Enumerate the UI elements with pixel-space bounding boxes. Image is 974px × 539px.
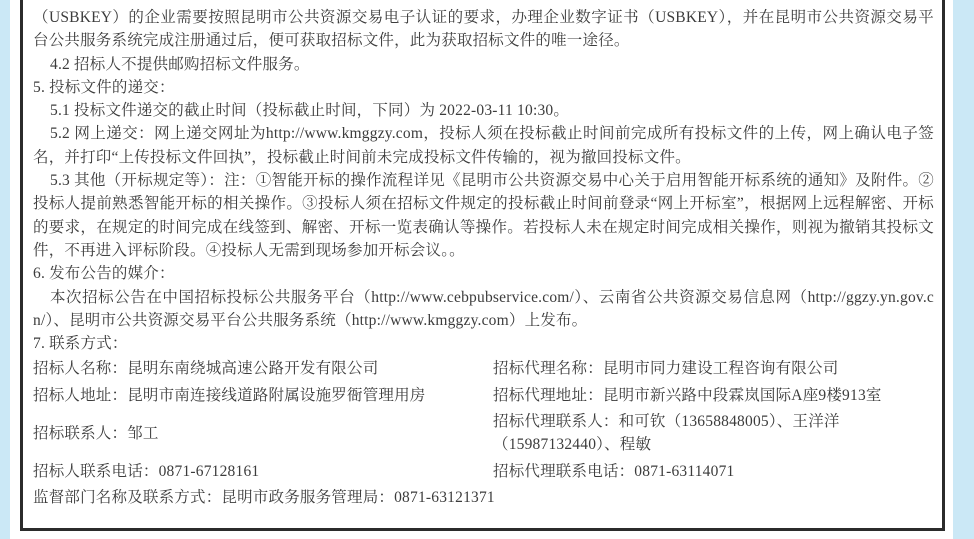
tenderer-name: 招标人名称：昆明东南绕城高速公路开发有限公司 [33,357,493,380]
tenderer-phone: 招标人联系电话：0871-67128161 [33,460,493,483]
agent-contact-person: 招标代理联系人：和可钦（13658848005）、王洋洋 （1598713244… [493,410,934,457]
paragraph-5-1: 5.1 投标文件递交的截止时间（投标截止时间，下同）为 2022-03-11 1… [33,99,934,122]
section-6-heading: 6. 发布公告的媒介： [33,262,934,285]
agent-name: 招标代理名称：昆明市同力建设工程咨询有限公司 [493,357,934,380]
contact-section: 招标人名称：昆明东南绕城高速公路开发有限公司 招标代理名称：昆明市同力建设工程咨… [33,357,934,509]
tenderer-address: 招标人地址：昆明市南连接线道路附属设施罗衙管理用房 [33,384,493,407]
viewer-margin-right [953,0,974,539]
document-viewer: （USBKEY）的企业需要按照昆明市公共资源交易电子认证的要求，办理企业数字证书… [0,0,974,539]
paragraph-usbkey-continuation: （USBKEY）的企业需要按照昆明市公共资源交易电子认证的要求，办理企业数字证书… [33,6,934,53]
agent-contact-line-1: 招标代理联系人：和可钦（13658848005）、王洋洋 [493,410,934,433]
agent-contact-line-2: （15987132440）、程敏 [493,433,934,456]
supervisor-contact: 监督部门名称及联系方式：昆明市政务服务管理局：0871-63121371 [33,486,934,509]
agent-phone: 招标代理联系电话：0871-63114071 [493,460,934,483]
paragraph-6-media: 本次招标公告在中国招标投标公共服务平台（http://www.cebpubser… [33,286,934,333]
agent-address: 招标代理地址：昆明市新兴路中段霖岚国际A座9楼913室 [493,384,934,407]
document-page: （USBKEY）的企业需要按照昆明市公共资源交易电子认证的要求，办理企业数字证书… [20,0,945,531]
paragraph-4-2: 4.2 招标人不提供邮购招标文件服务。 [33,53,934,76]
viewer-margin-left [0,0,10,539]
paragraph-5-2: 5.2 网上递交：网上递交网址为http://www.kmggzy.com，投标… [33,122,934,169]
tenderer-contact-person: 招标联系人：邹工 [33,422,493,445]
section-7-heading: 7. 联系方式： [33,332,934,355]
section-5-heading: 5. 投标文件的递交： [33,76,934,99]
paragraph-5-3: 5.3 其他（开标规定等）：注：①智能开标的操作流程详见《昆明市公共资源交易中心… [33,169,934,262]
